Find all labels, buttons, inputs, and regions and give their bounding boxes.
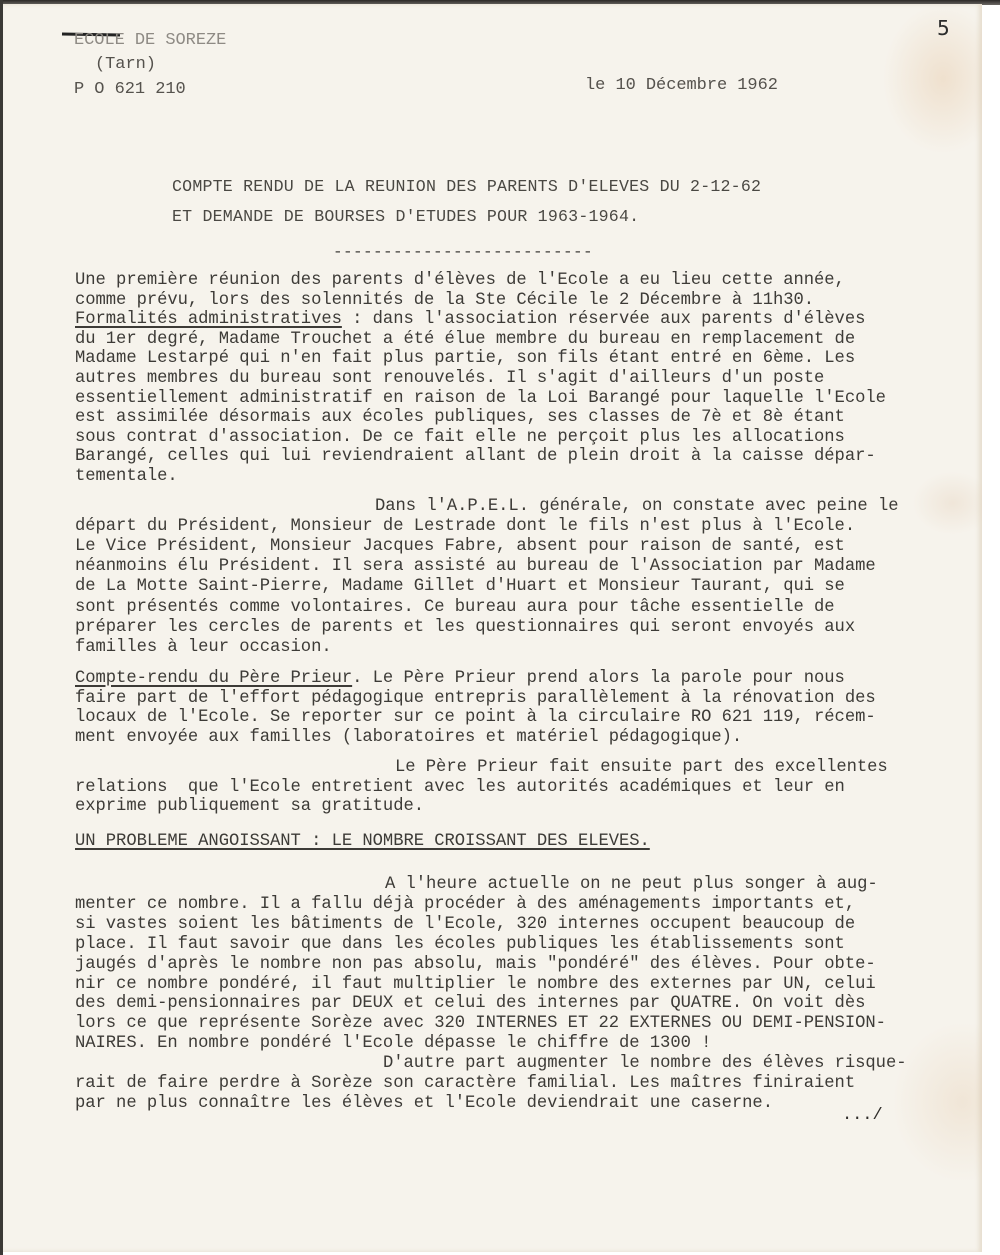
body-text: . Le Père Prieur prend alors la parole p… (352, 669, 845, 688)
body-text: : dans l'association réservée aux parent… (342, 310, 865, 329)
body-line: si vastes soient les bâtiments de l'Ecol… (75, 915, 855, 935)
body-line: exprime publiquement sa gratitude. (75, 797, 424, 817)
body-line: lors ce que représente Sorèze avec 320 I… (75, 1014, 886, 1034)
body-line: A l'heure actuelle on ne peut plus songe… (385, 875, 878, 895)
continuation-mark: .../ (842, 1106, 883, 1126)
body-line: tementale. (75, 467, 178, 487)
body-line: Une première réunion des parents d'élève… (75, 271, 845, 291)
body-line: ment envoyée aux familles (laboratoires … (75, 728, 742, 748)
page-number: 5 (937, 16, 950, 40)
body-line: nir ce nombre pondéré, il faut multiplie… (75, 975, 876, 995)
reference-number: P O 621 210 (74, 80, 186, 100)
section-heading-probleme: UN PROBLEME ANGOISSANT : LE NOMBRE CROIS… (75, 832, 650, 852)
body-line: jaugés d'après le nombre non pas absolu,… (75, 955, 876, 975)
body-line: comme prévu, lors des solennités de la S… (75, 291, 814, 311)
title-line-1: COMPTE RENDU DE LA REUNION DES PARENTS D… (172, 177, 761, 197)
body-line: Barangé, celles qui lui reviendraient al… (75, 447, 876, 467)
school-region: (Tarn) (95, 55, 156, 75)
body-line: locaux de l'Ecole. Se reporter sur ce po… (75, 708, 876, 728)
body-line: place. Il faut savoir que dans les école… (75, 935, 845, 955)
title-separator: -------------------------- (333, 243, 593, 263)
section-heading: Compte-rendu du Père Prieur (75, 669, 352, 688)
body-line: Compte-rendu du Père Prieur. Le Père Pri… (75, 669, 845, 689)
body-line: relations que l'Ecole entretient avec le… (75, 778, 845, 798)
body-line: D'autre part augmenter le nombre des élè… (383, 1054, 906, 1074)
body-line: Dans l'A.P.E.L. générale, on constate av… (375, 497, 898, 517)
body-line: autres membres du bureau sont renouvelés… (75, 369, 824, 389)
school-name: ECOLE DE SOREZE (74, 31, 226, 51)
body-line: départ du Président, Monsieur de Lestrad… (75, 517, 855, 537)
body-line: préparer les cercles de parents et les q… (75, 618, 855, 638)
body-line: des demi-pensionnaires par DEUX et celui… (75, 994, 865, 1014)
section-heading: Formalités administratives (75, 310, 342, 329)
body-line: est assimilée désormais aux écoles publi… (75, 408, 845, 428)
body-line: sont présentés comme volontaires. Ce bur… (75, 598, 835, 618)
title-line-2: ET DEMANDE DE BOURSES D'ETUDES POUR 1963… (172, 207, 639, 227)
body-line: rait de faire perdre à Sorèze son caract… (75, 1074, 855, 1094)
body-line: essentiellement administratif en raison … (75, 389, 886, 409)
body-line: par ne plus connaître les élèves et l'Ec… (75, 1094, 773, 1114)
body-line: Le Vice Président, Monsieur Jacques Fabr… (75, 537, 845, 557)
body-line: Madame Lestarpé qui n'en fait plus parti… (75, 349, 855, 369)
body-line: NAIRES. En nombre pondéré l'Ecole dépass… (75, 1034, 711, 1054)
body-line: familles à leur occasion. (75, 638, 332, 658)
body-line: Formalités administratives : dans l'asso… (75, 310, 865, 330)
body-line: sous contrat d'association. De ce fait e… (75, 428, 845, 448)
body-line: néanmoins élu Président. Il sera assisté… (75, 557, 876, 577)
body-line: menter ce nombre. Il a fallu déjà procéd… (75, 895, 855, 915)
body-line: du 1er degré, Madame Trouchet a été élue… (75, 330, 855, 350)
body-line: de La Motte Saint-Pierre, Madame Gillet … (75, 577, 845, 597)
letter-date: le 10 Décembre 1962 (585, 76, 778, 96)
body-line: Le Père Prieur fait ensuite part des exc… (395, 758, 888, 778)
body-line: faire part de l'effort pédagogique entre… (75, 689, 876, 709)
